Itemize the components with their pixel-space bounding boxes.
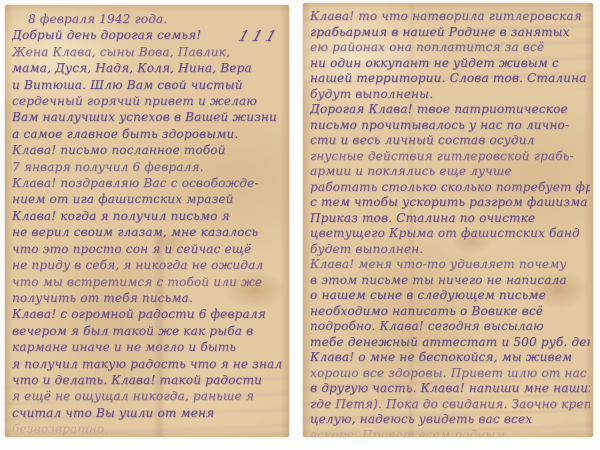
letter-page-left: 111 8 февраля 1942 года.Добрый день доро… [5,5,289,437]
handwritten-line: я получил такую радость что я не знал [12,356,286,372]
handwritten-line: получить от тебя письма. [12,290,286,306]
handwritten-line: армии и поклялись еще лучше [310,164,590,180]
handwritten-line: о нашем сыне в следующем письме [310,288,590,304]
handwritten-lines-left: 8 февраля 1942 года.Добрый день дорогая … [5,5,289,437]
handwritten-line: вечером я был такой же как рыба в [12,323,286,339]
handwritten-line: с тем чтобы ускорить разгром фашизма [310,195,590,211]
handwritten-line: хорошо все здоровы. Привет шлю от нас вс… [310,366,590,382]
handwritten-line: считал что Вы ушли от меня [12,405,286,421]
handwritten-line: в другую часть. Клава! напиши мне наших [310,381,590,397]
handwritten-line: необходимо написать о Вовике всё [310,304,590,320]
handwritten-line: целую, надеюсь увидеть вас всех [310,412,590,428]
handwritten-line: мама, Дуся, Надя, Коля, Нина, Вера [12,60,286,76]
handwritten-line: в этом письме ты ничего не написала [310,273,590,289]
handwritten-line: Клава! письмо посланное тобой [12,142,286,158]
handwritten-line: ею районах она поплатится за всё [310,40,590,56]
handwritten-line: Клава! поздравляю Вас с освобожде- [12,175,286,191]
handwritten-line: сти и весь личный состав осудил [310,133,590,149]
handwritten-line: тебе денежный аттестат и 500 руб. денег. [310,335,590,351]
handwritten-line: Вам наилучших успехов в Вашей жизни [12,109,286,125]
handwritten-line: и Витюша. Шлю Вам свой чистый [12,77,286,93]
handwritten-line: Клава! то что натворила гитлеровская [310,9,590,25]
handwritten-line: что это просто сон я и сейчас ещё [12,241,286,257]
handwritten-line: я ещё не ощущал никогда, раньше я [12,388,286,404]
handwritten-line: будет выполнен. [310,242,590,258]
handwritten-line: Дорогая Клава! твое патриотическое [310,102,590,118]
handwritten-line: сердечный горячий привет и желаю [12,93,286,109]
handwritten-line: Добрый день дорогая семья! [12,27,286,43]
handwritten-line: Клава! с огромной радости 6 февраля [12,306,286,322]
handwritten-line: нием от ига фашистских мразей [12,191,286,207]
handwritten-line: будут выполнены. [310,87,590,103]
handwritten-line: грабьармия в нашей Родине в занятых [310,25,590,41]
handwritten-line: Клава! когда я получил письмо я [12,208,286,224]
handwritten-line: гнусные действия гитлеровской грабь- [310,149,590,165]
handwritten-line: что и делать. Клава! такой радости [12,372,286,388]
handwritten-line: Приказ тов. Сталина по очистке [310,211,590,227]
letter-scan: 111 8 февраля 1942 года.Добрый день доро… [0,0,600,450]
handwritten-line: подробно. Клава! сегодня высылаю [310,319,590,335]
handwritten-line: не верил своим глазам, мне казалось [12,224,286,240]
handwritten-line: 8 февраля 1942 года. [12,11,286,27]
handwritten-line: ни один оккупант не уйдет живым с [310,56,590,72]
letter-page-right: Клава! то что натворила гитлеровскаяграб… [303,3,593,437]
handwritten-line: 7 января получил 6 февраля. [12,159,286,175]
handwritten-line: работать столько сколько потребует фронт [310,180,590,196]
handwritten-line: цветущего Крыма от фашистских банд [310,226,590,242]
handwritten-line: Жена Клава, сыны Вова, Павлик, [12,44,286,60]
handwritten-line: кармане иначе и не могло и быть [12,339,286,355]
handwritten-line: не приду в себя, я никогда не ожидал [12,257,286,273]
handwritten-line: Клава! меня что-то удивляет почему [310,257,590,273]
handwritten-line: нашей территории. Слова тов. Сталина [310,71,590,87]
handwritten-line: а самое главное быть здоровыми. [12,126,286,142]
handwritten-line: письмо прочитывалось у нас по лично- [310,118,590,134]
handwritten-line: вскоре. Привет всем родным [310,428,590,438]
handwritten-lines-right: Клава! то что натворила гитлеровскаяграб… [303,3,593,437]
handwritten-line: Клава! о мне не беспокойся, мы живем [310,350,590,366]
handwritten-line: что мы встретимся с тобой или же [12,274,286,290]
handwritten-line: где Петя). Пока до свидания. Заочно креп… [310,397,590,413]
handwritten-line: безвозвратно. [12,421,286,437]
